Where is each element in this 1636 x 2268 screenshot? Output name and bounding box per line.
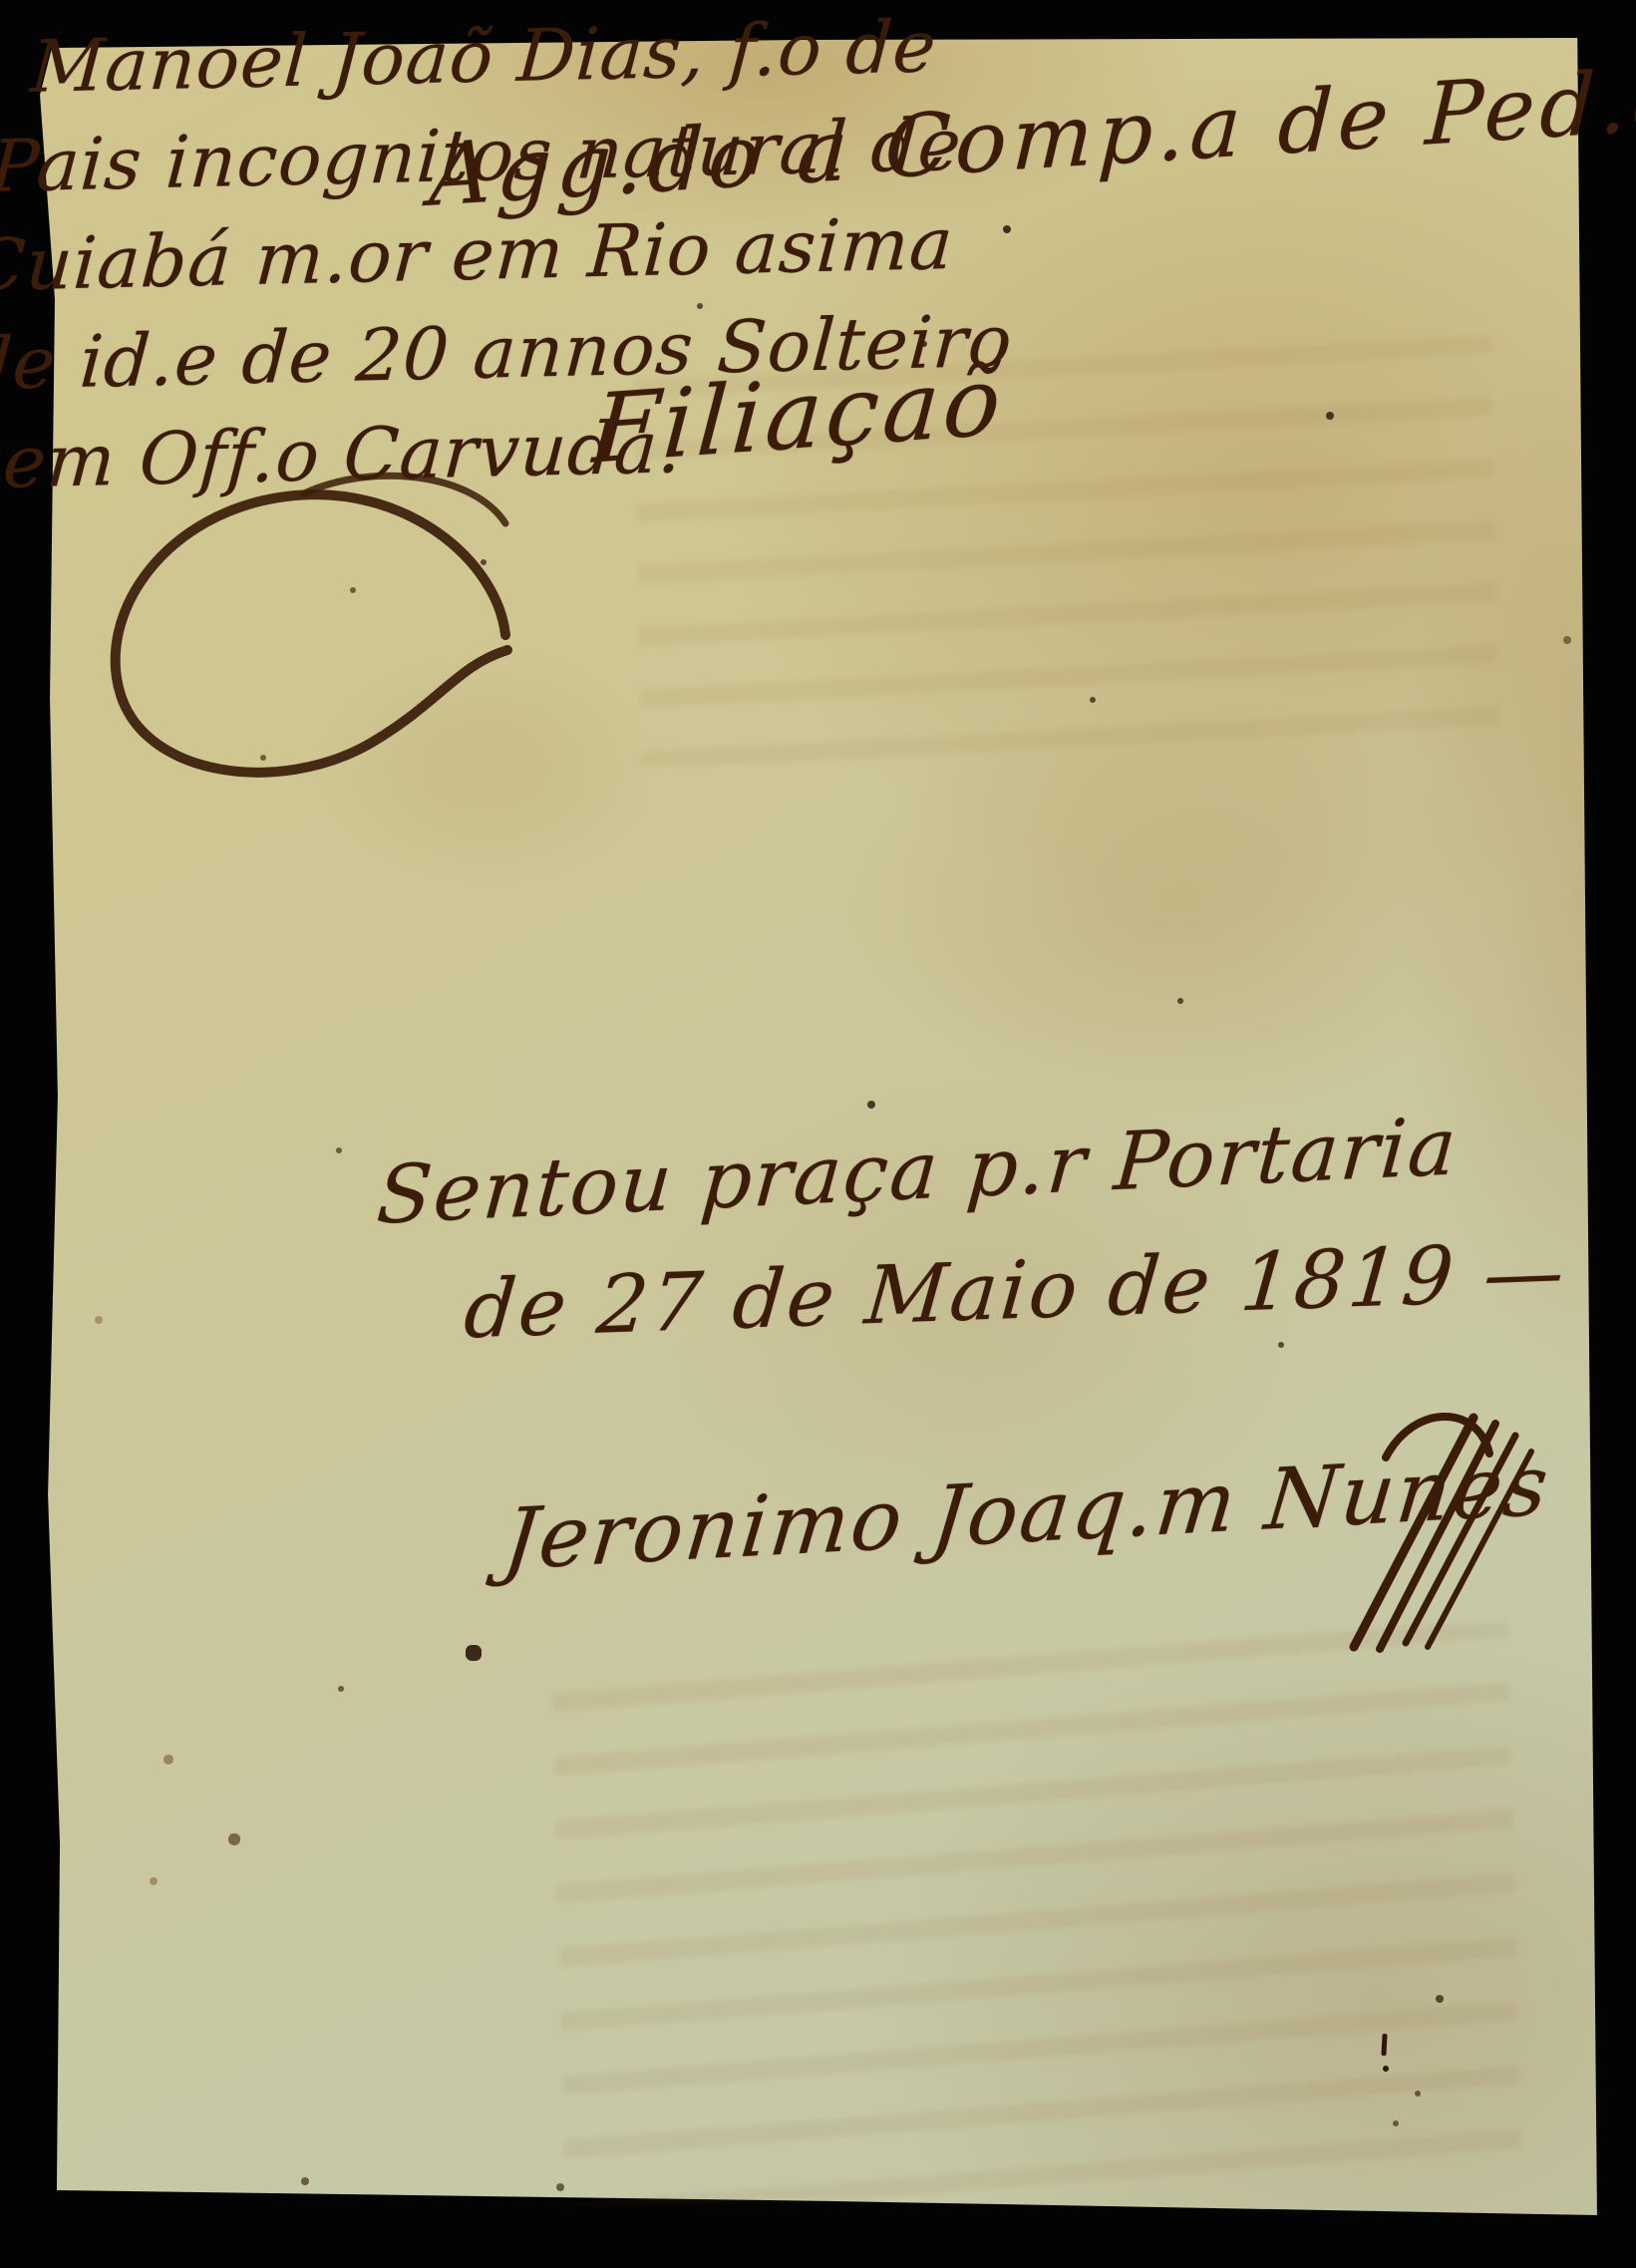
filiation-body: Manoel Joaõ Dias, f.o de Pais incognitos…: [0, 0, 1636, 512]
margin-tick-dot: [1383, 2066, 1389, 2072]
scanned-document-photo: Agg.do a Comp.a de Ped.o Filiaçaõ Manoel…: [0, 0, 1636, 2268]
ink-specks: [0, 0, 4, 4]
